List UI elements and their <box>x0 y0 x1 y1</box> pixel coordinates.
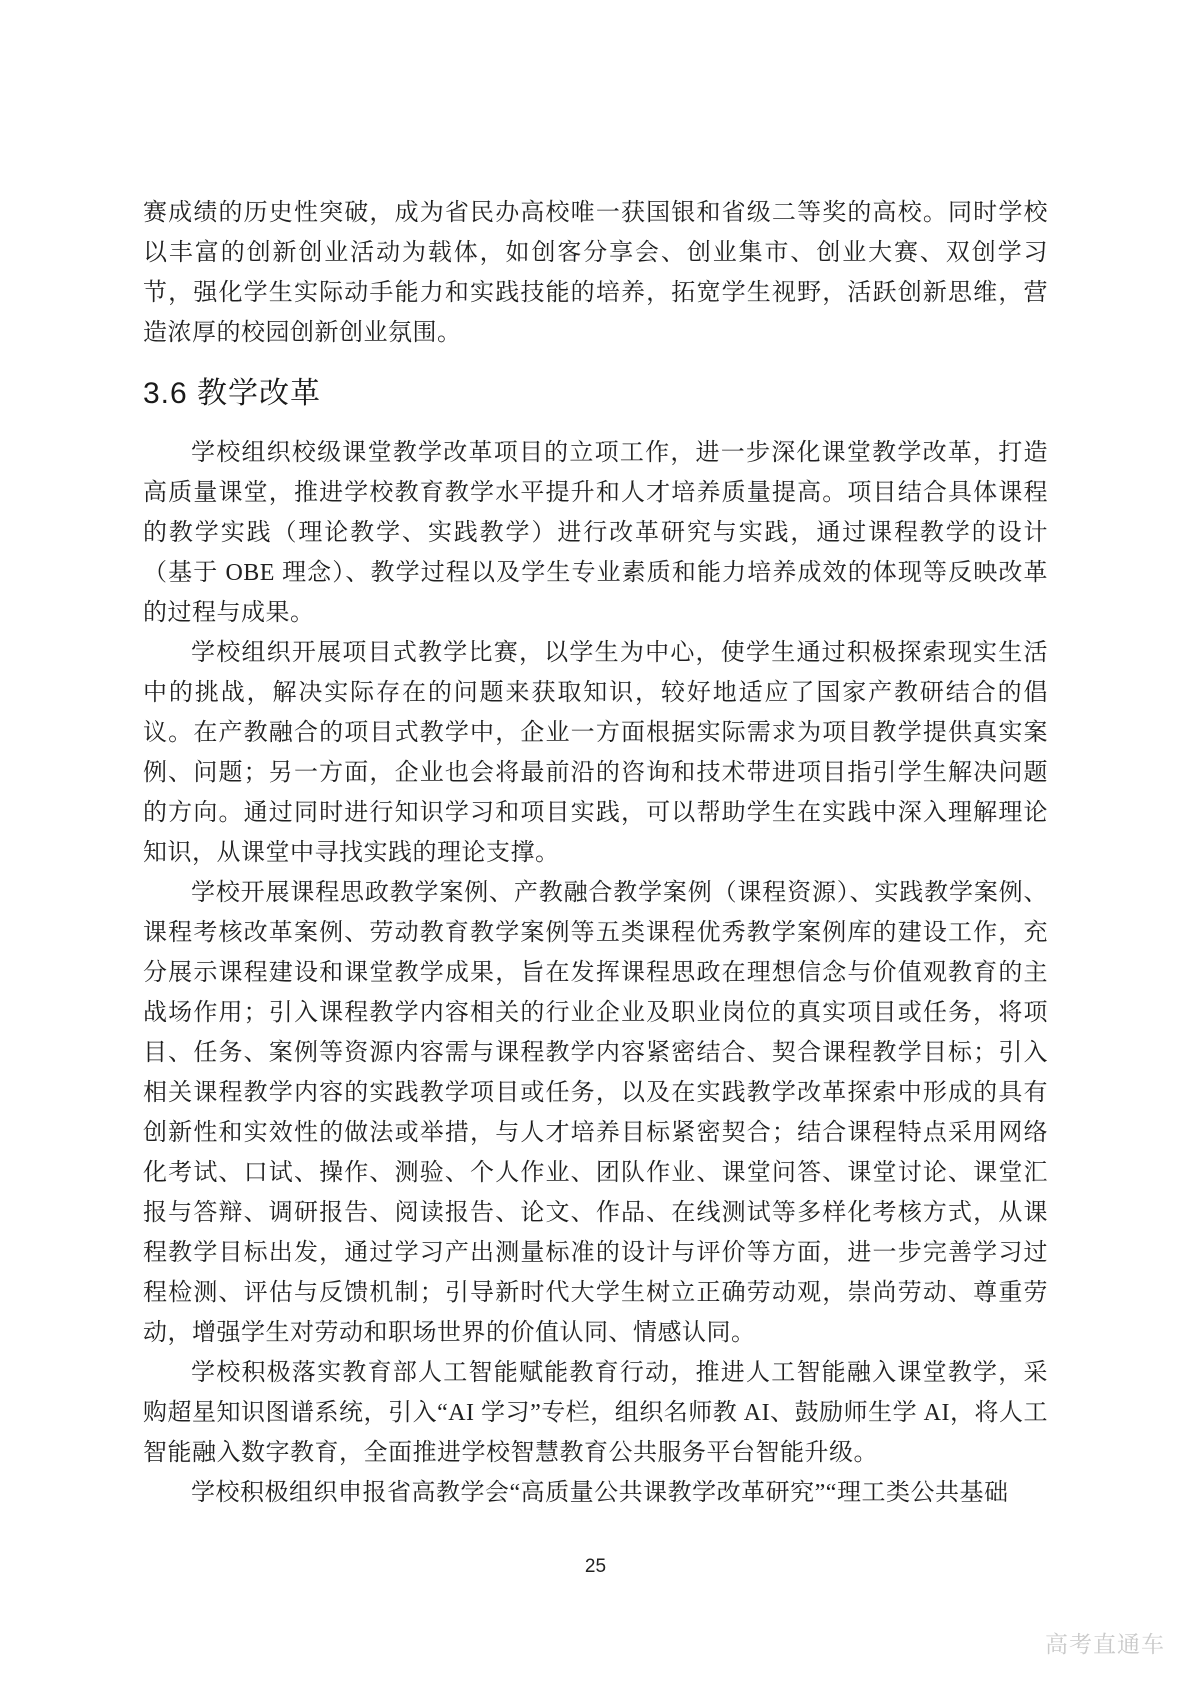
paragraph-provincial-applications: 学校积极组织申报省高教学会“高质量公共课教学改革研究”“理工类公共基础 <box>143 1473 1048 1513</box>
paragraph-continuation: 赛成绩的历史性突破，成为省民办高校唯一获国银和省级二等奖的高校。同时学校以丰富的… <box>143 193 1048 353</box>
section-heading: 3.6 教学改革 <box>143 375 1048 413</box>
paragraph-teaching-case-library: 学校开展课程思政教学案例、产教融合教学案例（课程资源）、实践教学案例、课程考核改… <box>143 873 1048 1353</box>
paragraph-project-based-teaching: 学校组织开展项目式教学比赛，以学生为中心，使学生通过积极探索现实生活中的挑战，解… <box>143 633 1048 873</box>
paragraph-ai-education: 学校积极落实教育部人工智能赋能教育行动，推进人工智能融入课堂教学，采购超星知识图… <box>143 1353 1048 1473</box>
document-page: 赛成绩的历史性突破，成为省民办高校唯一获国银和省级二等奖的高校。同时学校以丰富的… <box>0 0 1191 1684</box>
page-number: 25 <box>0 1556 1191 1578</box>
page-content: 赛成绩的历史性突破，成为省民办高校唯一获国银和省级二等奖的高校。同时学校以丰富的… <box>143 193 1048 1513</box>
paragraph-teaching-reform-projects: 学校组织校级课堂教学改革项目的立项工作，进一步深化课堂教学改革，打造高质量课堂，… <box>143 433 1048 633</box>
watermark: 高考直通车 <box>1045 1626 1165 1659</box>
